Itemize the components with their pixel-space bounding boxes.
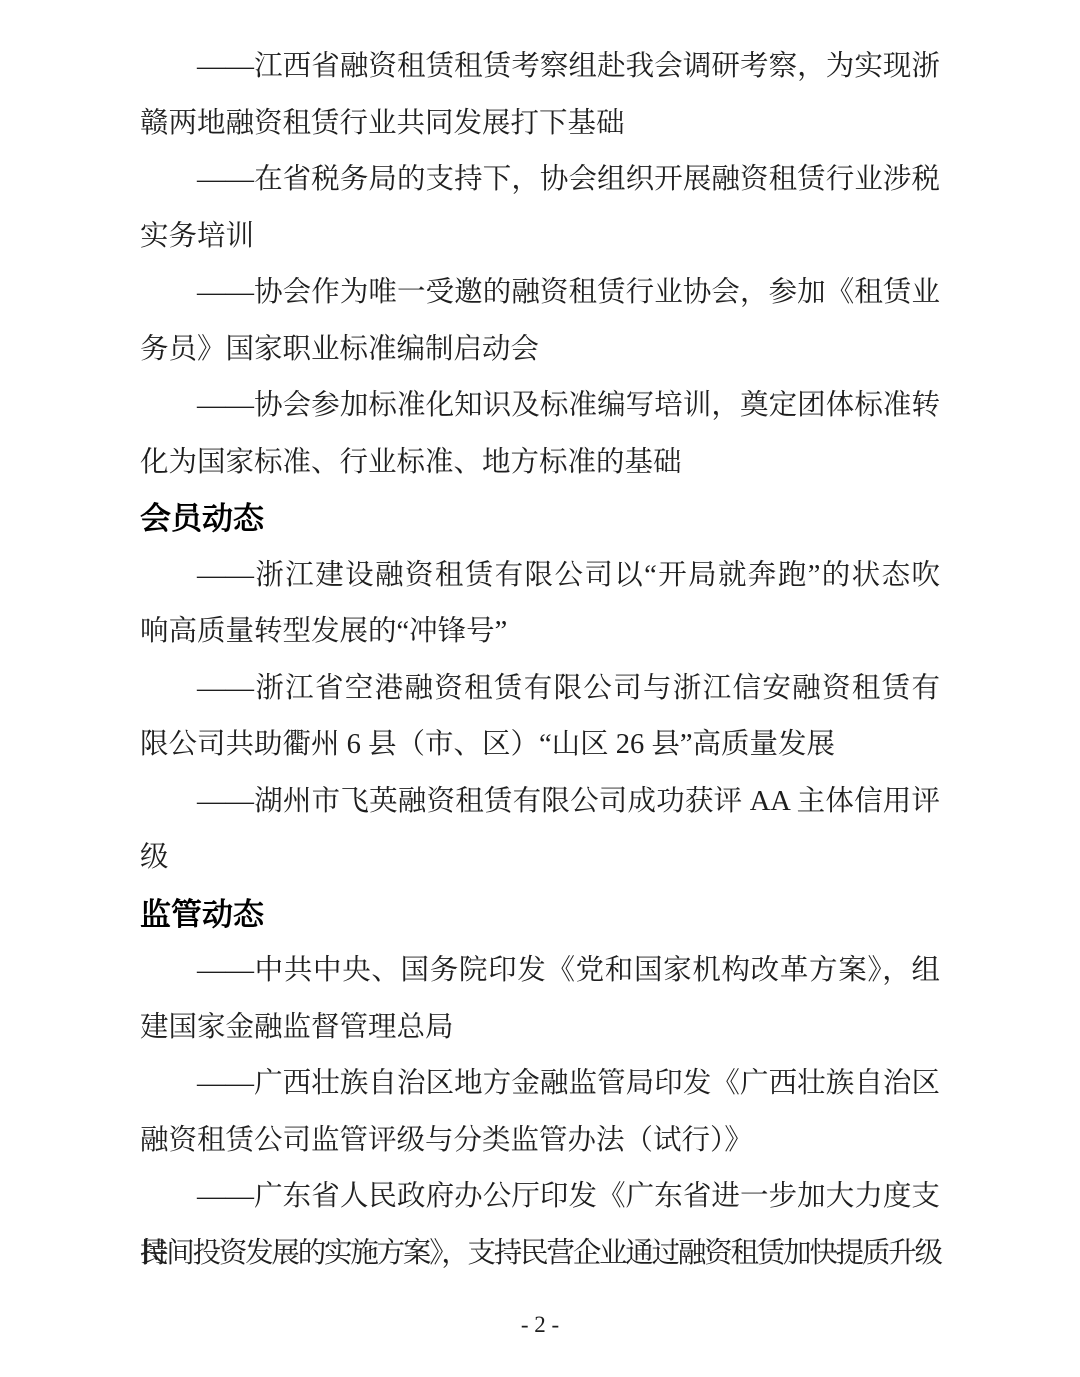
toc-entry-line: ——浙江建设融资租赁有限公司以“开局就奔跑”的状态吹 xyxy=(140,548,940,605)
section-heading-regulatory-news: 监管动态 xyxy=(140,887,940,944)
toc-entry-line: 民间投资发展的实施方案》，支持民营企业通过融资租赁加快提质升级 xyxy=(140,1226,940,1283)
section-heading-member-news: 会员动态 xyxy=(140,491,940,548)
toc-entry-line: 实务培训 xyxy=(140,209,940,266)
toc-entry-line: 融资租赁公司监管评级与分类监管办法（试行）》 xyxy=(140,1113,940,1170)
toc-entry-line: ——协会作为唯一受邀的融资租赁行业协会，参加《租赁业 xyxy=(140,265,940,322)
toc-content: ——江西省融资租赁租赁考察组赴我会调研考察，为实现浙 赣两地融资租赁行业共同发展… xyxy=(140,39,940,1282)
toc-entry-line: 化为国家标准、行业标准、地方标准的基础 xyxy=(140,435,940,492)
document-page: ——江西省融资租赁租赁考察组赴我会调研考察，为实现浙 赣两地融资租赁行业共同发展… xyxy=(0,0,1080,1377)
toc-entry-line: ——湖州市飞英融资租赁有限公司成功获评 AA 主体信用评 xyxy=(140,774,940,831)
toc-entry-line: 响高质量转型发展的“冲锋号” xyxy=(140,604,940,661)
toc-entry-line: ——中共中央、国务院印发《党和国家机构改革方案》，组 xyxy=(140,943,940,1000)
toc-entry-line: ——协会参加标准化知识及标准编写培训，奠定团体标准转 xyxy=(140,378,940,435)
toc-entry-line: 建国家金融监督管理总局 xyxy=(140,1000,940,1057)
toc-entry-line: ——在省税务局的支持下，协会组织开展融资租赁行业涉税 xyxy=(140,152,940,209)
toc-entry-line: 赣两地融资租赁行业共同发展打下基础 xyxy=(140,96,940,153)
toc-entry-line: 务员》国家职业标准编制启动会 xyxy=(140,322,940,379)
page-number: - 2 - xyxy=(0,1310,1080,1340)
toc-entry-line: ——江西省融资租赁租赁考察组赴我会调研考察，为实现浙 xyxy=(140,39,940,96)
toc-entry-line: ——浙江省空港融资租赁有限公司与浙江信安融资租赁有 xyxy=(140,661,940,718)
toc-entry-line: ——广东省人民政府办公厅印发《广东省进一步加大力度支持 xyxy=(140,1169,940,1226)
toc-entry-line: ——广西壮族自治区地方金融监管局印发《广西壮族自治区 xyxy=(140,1056,940,1113)
toc-entry-line: 限公司共助衢州 6 县（市、区）“山区 26 县”高质量发展 xyxy=(140,717,940,774)
toc-entry-line: 级 xyxy=(140,830,940,887)
